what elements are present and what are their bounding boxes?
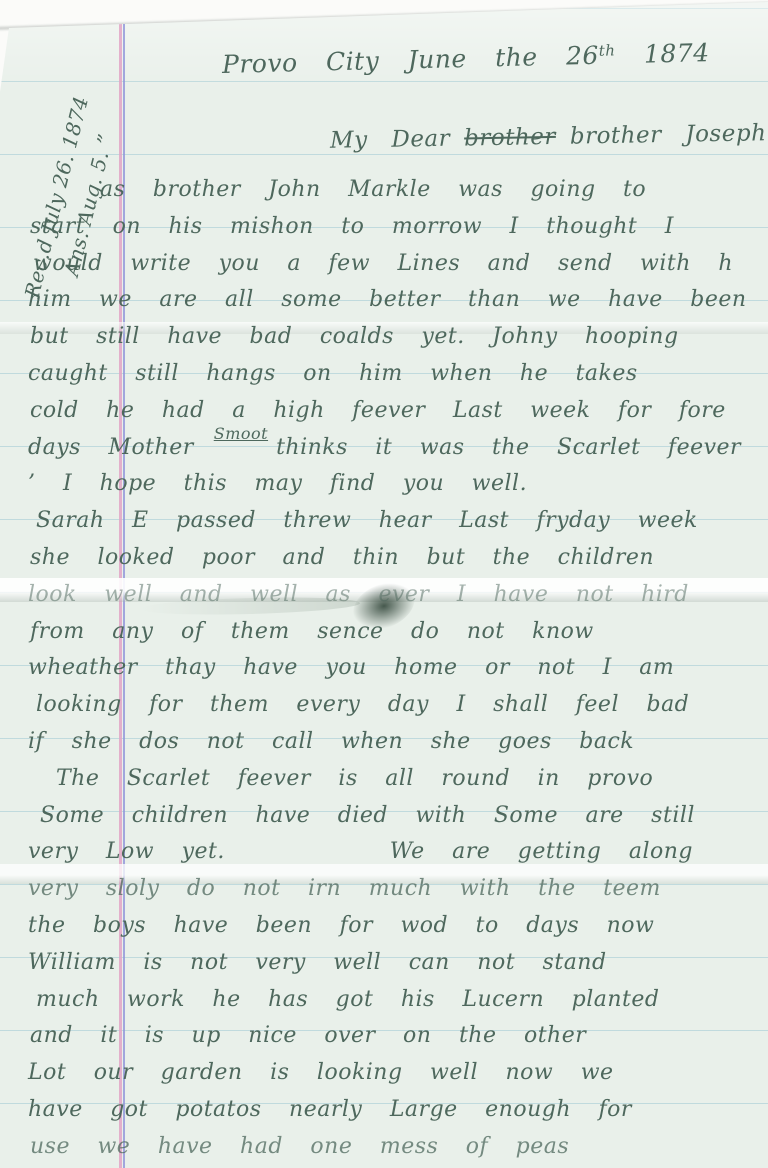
letter-line: if she dos not call when she goes back xyxy=(28,724,764,761)
letter-body: as brother John Markle was going to star… xyxy=(28,172,764,1166)
letter-line: the boys have been for wod to days now xyxy=(28,908,764,945)
scanned-letter-page: { "scan": { "colors": { "scan-bg": "#fbf… xyxy=(0,0,768,1168)
letter-line: and it is up nice over on the other xyxy=(28,1018,764,1055)
dateline: Provo City June the 26th 1874 xyxy=(222,38,710,79)
interlineation-smoot: Smoot xyxy=(214,416,268,453)
letter-line: use we have had one mess of peas xyxy=(28,1129,764,1166)
letter-line: very sloly do not irn much with the teem xyxy=(28,871,764,908)
letter-line: as brother John Markle was going to xyxy=(28,172,764,209)
letter-line: but still have bad coalds yet. Johny hoo… xyxy=(28,319,764,356)
letter-line: cold he had a high feever Last week for … xyxy=(28,393,764,430)
letter-line: ’ I hope this may find you well. xyxy=(28,466,764,503)
letter-line: she looked poor and thin but the childre… xyxy=(28,540,764,577)
letter-line: Sarah E passed threw hear Last fryday we… xyxy=(28,503,764,540)
letter-line: The Scarlet feever is all round in provo xyxy=(28,761,764,798)
ordinal-superscript: th xyxy=(598,41,615,59)
letter-line: Some children have died with Some are st… xyxy=(28,798,764,835)
letter-line: William is not very well can not stand xyxy=(28,945,764,982)
letter-line: start on his mishon to morrow I thought … xyxy=(28,209,764,246)
letter-line: from any of them sence do not know xyxy=(28,614,764,651)
letter-line: very Low yet. We are getting along xyxy=(28,834,764,871)
letter-line: looking for them every day I shall feel … xyxy=(28,687,764,724)
letter-line: wheather thay have you home or not I am xyxy=(28,650,764,687)
letter-line: have got potatos nearly Large enough for xyxy=(28,1092,764,1129)
struck-word: brother xyxy=(464,124,556,152)
letter-line: look well and well as ever I have not hi… xyxy=(28,577,764,614)
letter-line: days MotherSmootthinks it was the Scarle… xyxy=(28,430,764,467)
letter-line: Lot our garden is looking well now we xyxy=(28,1055,764,1092)
salutation: My Dearbrotherbrother Joseph xyxy=(330,120,767,154)
letter-line: caught still hangs on him when he takes xyxy=(28,356,764,393)
letter-paper: Rec.d July 26. 1874 Ans. Aug. 5. ” Provo… xyxy=(0,0,768,1168)
letter-line: would write you a few Lines and send wit… xyxy=(28,246,764,283)
letter-line: much work he has got his Lucern planted xyxy=(28,982,764,1019)
letter-line: him we are all some better than we have … xyxy=(28,282,764,319)
